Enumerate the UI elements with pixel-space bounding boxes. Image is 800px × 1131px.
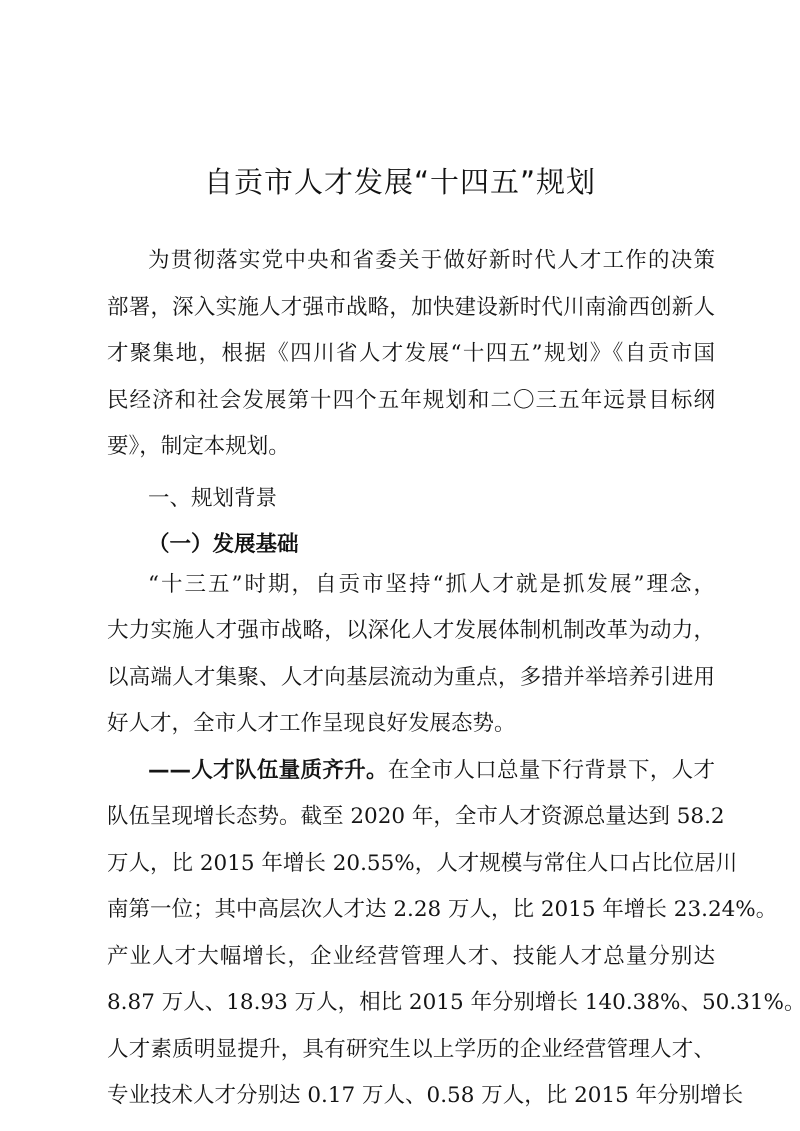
paragraph-line: 万人，比 2015 年增长 20.55%，人才规模与常住人口占比位居川 xyxy=(107,853,715,875)
intro-line: 要》，制定本规划。 xyxy=(107,436,715,458)
paragraph-line: 专业技术人才分别达 0.17 万人、0.58 万人，比 2015 年分别增长 xyxy=(107,1085,715,1107)
paragraph-line: 南第一位；其中高层次人才达 2.28 万人，比 2015 年增长 23.24%。 xyxy=(107,899,715,921)
intro-line: 部署，深入实施人才强市战略，加快建设新时代川南渝西创新人 xyxy=(107,297,715,319)
paragraph-line: 大力实施人才强市战略，以深化人才发展体制机制改革为动力， xyxy=(107,620,715,642)
paragraph-line: 人才素质明显提升，具有研究生以上学历的企业经营管理人才、 xyxy=(107,1039,715,1061)
intro-line: 民经济和社会发展第十四个五年规划和二〇三五年远景目标纲 xyxy=(107,390,715,412)
intro-line: 为贯彻落实党中央和省委关于做好新时代人才工作的决策 xyxy=(148,250,715,272)
paragraph-line: 8.87 万人、18.93 万人，相比 2015 年分别增长 140.38%、5… xyxy=(107,992,715,1014)
paragraph-line: “十三五”时期，自贡市坚持“抓人才就是抓发展”理念， xyxy=(148,574,715,596)
section-heading: 一、规划背景 xyxy=(148,481,277,512)
paragraph-line: 队伍呈现增长态势。截至 2020 年，全市人才资源总量达到 58.2 xyxy=(107,806,715,828)
paragraph-line: 以高端人才集聚、人才向基层流动为重点，多措并举培养引进用 xyxy=(107,667,715,689)
document-page: 自贡市人才发展“十四五”规划 为贯彻落实党中央和省委关于做好新时代人才工作的决策… xyxy=(0,0,800,1131)
paragraph-text: 在全市人口总量下行背景下，人才 xyxy=(388,758,715,783)
subsection-heading: （一）发展基础 xyxy=(148,527,299,558)
bold-lead: ——人才队伍量质齐升。 xyxy=(148,758,388,783)
paragraph-line: 产业人才大幅增长，企业经营管理人才、技能人才总量分别达 xyxy=(107,946,715,968)
paragraph-line: 好人才，全市人才工作呈现良好发展态势。 xyxy=(107,713,715,735)
document-title: 自贡市人才发展“十四五”规划 xyxy=(0,160,800,201)
intro-line: 才聚集地，根据《四川省人才发展“十四五”规划》《自贡市国 xyxy=(107,343,715,365)
paragraph-line: ——人才队伍量质齐升。在全市人口总量下行背景下，人才 xyxy=(148,760,715,782)
